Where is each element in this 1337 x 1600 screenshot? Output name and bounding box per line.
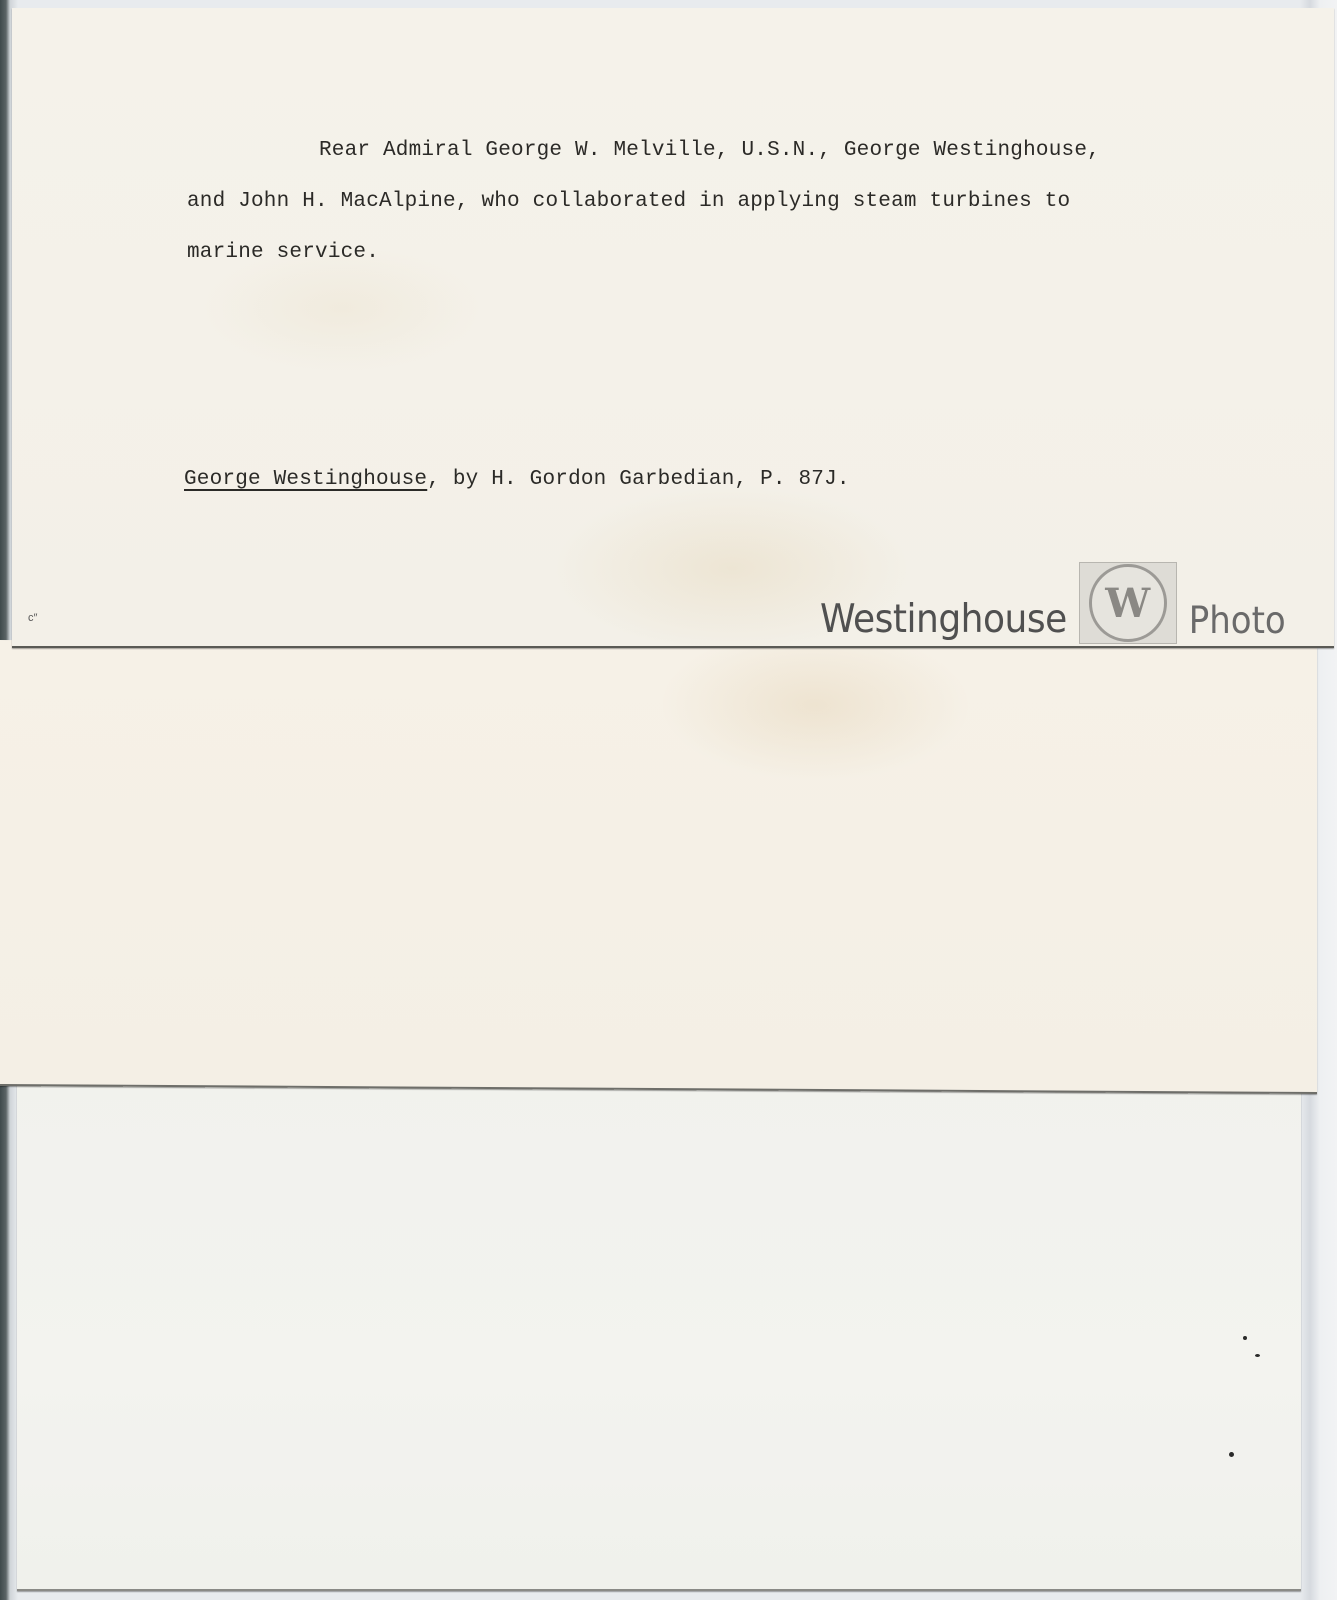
dust-speck	[1229, 1452, 1234, 1457]
middle-blank-sheet	[0, 640, 1317, 1094]
source-citation: George Westinghouse, by H. Gordon Garbed…	[184, 468, 850, 491]
stamp-suffix: Photo	[1189, 602, 1286, 646]
caption-line-2: and John H. MacAlpine, who collaborated …	[187, 176, 1147, 227]
caption-line-1: Rear Admiral George W. Melville, U.S.N.,…	[187, 125, 1147, 176]
westinghouse-logo-icon: W	[1079, 562, 1177, 644]
westinghouse-photo-stamp: Westinghouse W Photo	[820, 564, 1286, 644]
dust-speck	[1243, 1336, 1247, 1340]
margin-mark: c″	[28, 612, 37, 624]
caption-card: Rear Admiral George W. Melville, U.S.N.,…	[12, 8, 1334, 648]
photo-caption: Rear Admiral George W. Melville, U.S.N.,…	[187, 125, 1147, 278]
dust-speck	[1255, 1354, 1260, 1357]
logo-circle: W	[1089, 564, 1167, 642]
caption-text-1: Rear Admiral George W. Melville, U.S.N.,…	[319, 139, 1100, 162]
citation-details: , by H. Gordon Garbedian, P. 87J.	[427, 468, 849, 491]
book-title: George Westinghouse	[184, 468, 427, 491]
bottom-blank-sheet	[17, 1056, 1301, 1591]
caption-line-3: marine service.	[187, 227, 1147, 278]
stamp-brand: Westinghouse	[820, 600, 1067, 646]
